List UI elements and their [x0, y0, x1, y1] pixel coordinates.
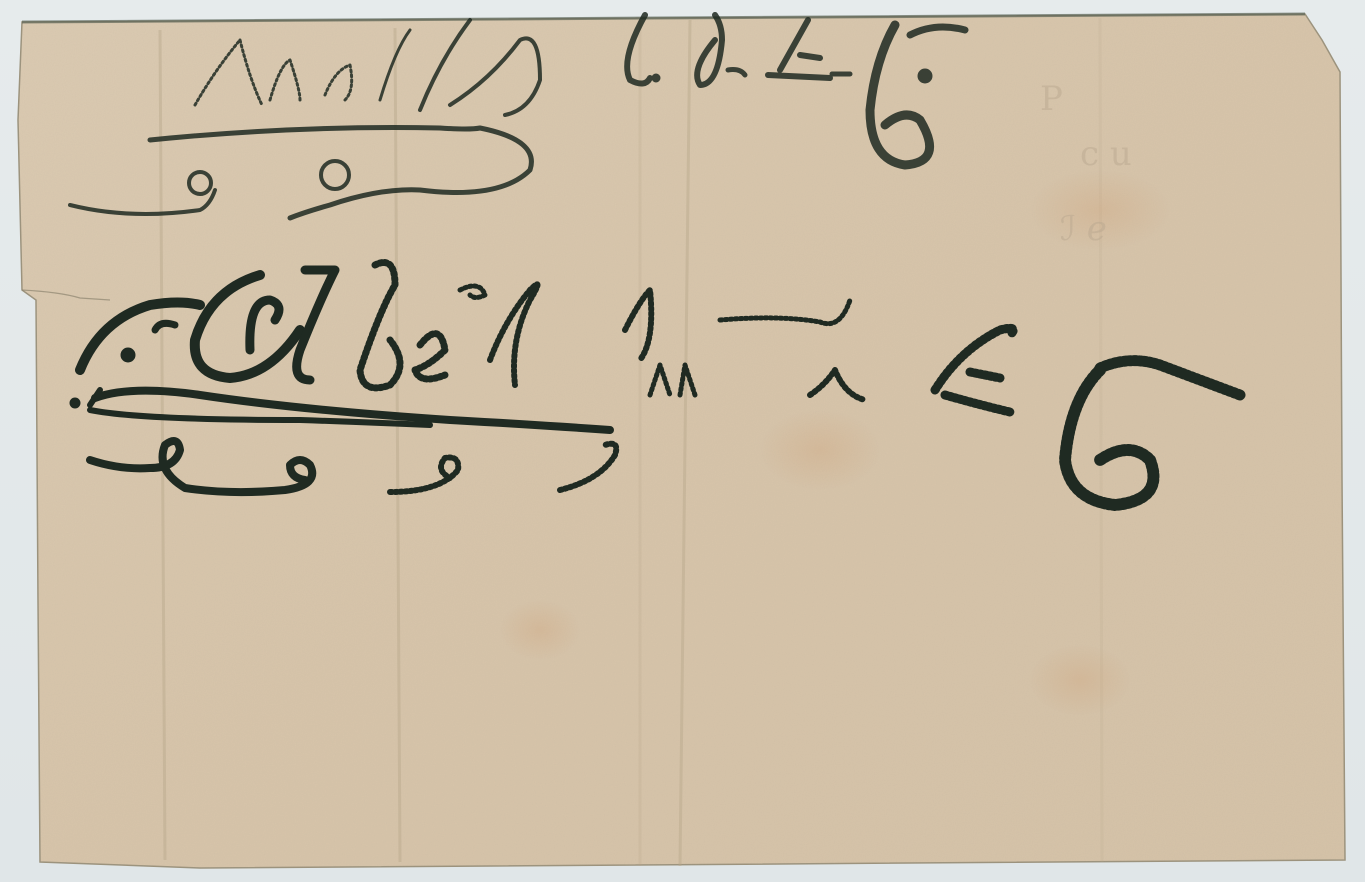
paper-svg: P c u ℐ ℯ — [0, 0, 1365, 882]
svg-text:c u: c u — [1080, 134, 1132, 174]
svg-text:ℐ ℯ: ℐ ℯ — [1060, 209, 1107, 249]
svg-text:P: P — [1040, 79, 1063, 119]
paper-document: P c u ℐ ℯ — [0, 0, 1365, 882]
